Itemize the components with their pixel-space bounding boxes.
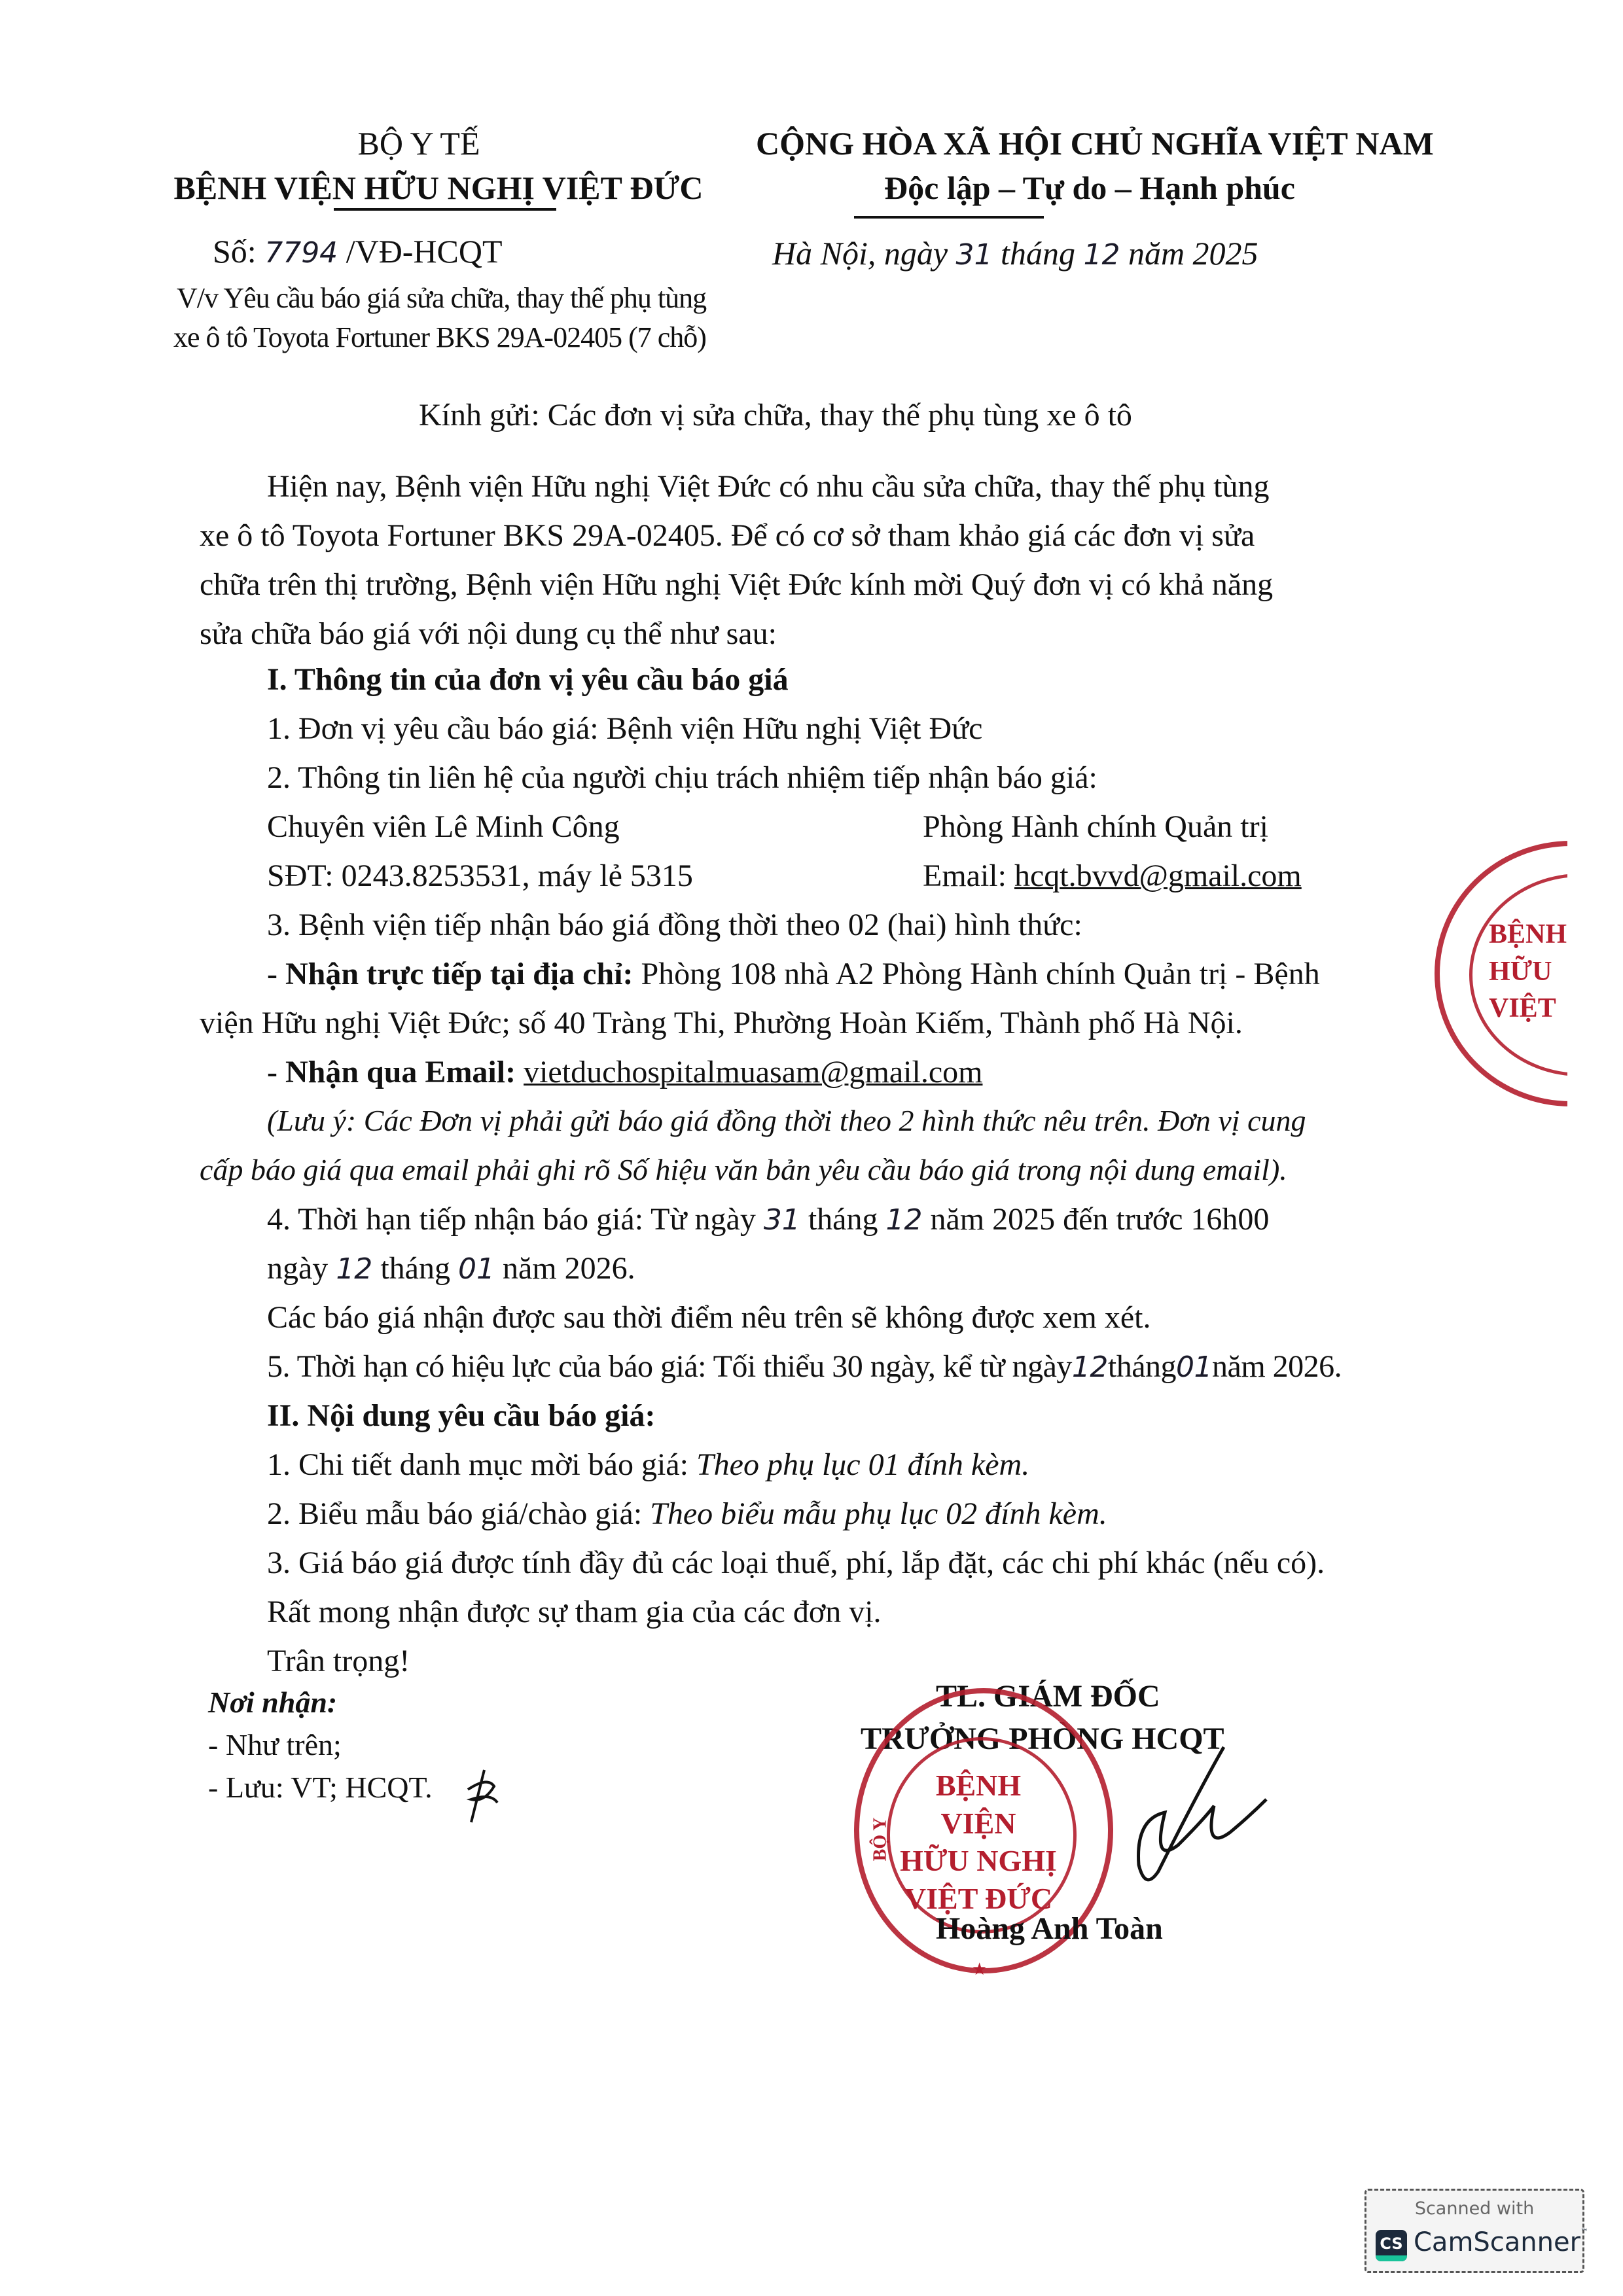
- stamp-line-2: HỮU NGHỊ: [897, 1842, 1060, 1880]
- section2-item2-value: Theo biểu mẫu phụ lục 02 đính kèm.: [650, 1496, 1107, 1531]
- direct-submission-label: - Nhận trực tiếp tại địa chỉ:: [267, 957, 633, 991]
- stamp-star-icon: ★: [972, 1960, 987, 1979]
- date-year: năm 2025: [1128, 235, 1258, 272]
- section1-item4-line1: 4. Thời hạn tiếp nhận báo giá: Từ ngày 3…: [267, 1201, 1269, 1239]
- document-page: BỘ Y TẾ BỆNH VIỆN HỮU NGHỊ VIỆT ĐỨC Số: …: [0, 0, 1623, 2296]
- official-stamp-text: BỆNH VIỆN HỮU NGHỊ VIỆT ĐỨC: [897, 1767, 1060, 1917]
- item4-line2-c: năm 2026.: [503, 1251, 635, 1286]
- item5-text-c: năm 2026.: [1212, 1349, 1342, 1384]
- direct-address-1: Phòng 108 nhà A2 Phòng Hành chính Quản t…: [641, 957, 1319, 991]
- subject-line-1: V/v Yêu cầu báo giá sửa chữa, thay thế p…: [177, 281, 706, 315]
- item5-day-handwritten: 12: [1072, 1351, 1108, 1384]
- contact-department: Phòng Hành chính Quản trị: [923, 808, 1268, 846]
- closing-line-2: Trân trọng!: [267, 1642, 410, 1680]
- trademark-symbol: ™: [1580, 2227, 1588, 2236]
- stamp-side-text: BỘ Y: [870, 1818, 891, 1862]
- ministry-name: BỘ Y TẾ: [190, 124, 648, 162]
- recipients-item-2: - Lưu: VT; HCQT.: [208, 1770, 433, 1805]
- country-name: CỘNG HÒA XÃ HỘI CHỦ NGHĨA VIỆT NAM: [756, 124, 1423, 162]
- watermark-top-text: Scanned with: [1366, 2199, 1582, 2219]
- watermark-brand-text: CamScanner: [1414, 2227, 1580, 2257]
- date-month-handwritten: 12: [1083, 238, 1120, 272]
- intro-line-2: xe ô tô Toyota Fortuner BKS 29A-02405. Đ…: [200, 517, 1255, 555]
- section2-item3: 3. Giá báo giá được tính đầy đủ các loại…: [267, 1544, 1325, 1582]
- section1-item4-line2: ngày 12 tháng 01 năm 2026.: [267, 1250, 635, 1288]
- recipient-line: Kính gửi: Các đơn vị sửa chữa, thay thế …: [419, 397, 1132, 434]
- item5-text-a: 5. Thời hạn có hiệu lực của báo giá: Tối…: [267, 1349, 1072, 1384]
- item4-text-a: 4. Thời hạn tiếp nhận báo giá: Từ ngày: [267, 1202, 756, 1237]
- doc-number: Số: 7794 /VĐ-HCQT: [213, 232, 503, 270]
- item4-text-b: tháng: [808, 1202, 878, 1237]
- page-edge-mask: [1567, 818, 1623, 1125]
- item4-month-handwritten: 12: [885, 1203, 922, 1237]
- email-submission-line: - Nhận qua Email: vietduchospitalmuasam@…: [267, 1053, 982, 1091]
- watermark-brand: CamScanner™: [1414, 2227, 1588, 2257]
- contact-email-link[interactable]: hcqt.bvvd@gmail.com: [1014, 858, 1302, 893]
- item4-line2-b: tháng: [380, 1251, 450, 1286]
- motto: Độc lập – Tự do – Hạnh phúc: [756, 169, 1423, 207]
- header-right-rule: [854, 216, 1044, 219]
- contact-email-label: Email:: [923, 858, 1007, 893]
- note-line-1: (Lưu ý: Các Đơn vị phải gửi báo giá đồng…: [267, 1103, 1306, 1139]
- closing-line-1: Rất mong nhận được sự tham gia của các đ…: [267, 1593, 882, 1631]
- section1-item5: 5. Thời hạn có hiệu lực của báo giá: Tối…: [267, 1348, 1342, 1386]
- header-left-rule: [334, 208, 556, 211]
- item4-text-c: năm 2025 đến trước 16h00: [930, 1202, 1269, 1237]
- section2-item2: 2. Biểu mẫu báo giá/chào giá: Theo biểu …: [267, 1495, 1107, 1533]
- doc-number-prefix: Số:: [213, 233, 257, 270]
- date-line: Hà Nội, ngày 31 tháng 12 năm 2025: [772, 234, 1258, 272]
- direct-submission-line1: - Nhận trực tiếp tại địa chỉ: Phòng 108 …: [267, 955, 1320, 993]
- doc-number-suffix: /VĐ-HCQT: [346, 233, 503, 270]
- intro-line-4: sửa chữa báo giá với nội dung cụ thể như…: [200, 615, 777, 653]
- email-submission-label: - Nhận qua Email:: [267, 1055, 516, 1089]
- contact-phone: SĐT: 0243.8253531, máy lẻ 5315: [267, 857, 693, 895]
- date-prefix: Hà Nội, ngày: [772, 235, 948, 272]
- date-month-label: tháng: [1001, 235, 1075, 272]
- section1-item2: 2. Thông tin liên hệ của người chịu trác…: [267, 759, 1097, 797]
- intro-line-3: chữa trên thị trường, Bệnh viện Hữu nghị…: [200, 566, 1273, 604]
- doc-number-handwritten: 7794: [264, 236, 338, 270]
- section2-item1-label: 1. Chi tiết danh mục mời báo giá:: [267, 1447, 688, 1482]
- item5-text-b: tháng: [1108, 1349, 1176, 1384]
- late-note: Các báo giá nhận được sau thời điểm nêu …: [267, 1299, 1151, 1337]
- item4-line2-month-handwritten: 01: [458, 1252, 495, 1286]
- section2-item2-label: 2. Biểu mẫu báo giá/chào giá:: [267, 1496, 642, 1531]
- item4-line2-a: ngày: [267, 1251, 328, 1286]
- submission-email-link[interactable]: vietduchospitalmuasam@gmail.com: [524, 1055, 982, 1089]
- stamp-line-1: BỆNH VIỆN: [897, 1767, 1060, 1842]
- direct-address-2: viện Hữu nghị Việt Đức; số 40 Tràng Thi,…: [200, 1004, 1243, 1042]
- item5-month-handwritten: 01: [1176, 1351, 1212, 1384]
- contact-email-line: Email: hcqt.bvvd@gmail.com: [923, 857, 1302, 895]
- section2-item1-value: Theo phụ lục 01 đính kèm.: [696, 1447, 1029, 1482]
- section1-item1: 1. Đơn vị yêu cầu báo giá: Bệnh viện Hữu…: [267, 710, 982, 748]
- hospital-name: BỆNH VIỆN HỮU NGHỊ VIỆT ĐỨC: [157, 169, 720, 207]
- item4-line2-day-handwritten: 12: [336, 1252, 372, 1286]
- section2-item1: 1. Chi tiết danh mục mời báo giá: Theo p…: [267, 1446, 1029, 1484]
- camscanner-watermark: Scanned with CS CamScanner™: [1364, 2189, 1584, 2273]
- signature-scribble-icon: [1073, 1740, 1270, 1898]
- camscanner-logo-icon: CS: [1376, 2230, 1407, 2261]
- section1-item3: 3. Bệnh viện tiếp nhận báo giá đồng thời…: [267, 906, 1082, 944]
- section1-title: I. Thông tin của đơn vị yêu cầu báo giá: [267, 661, 789, 699]
- section2-title: II. Nội dung yêu cầu báo giá:: [267, 1397, 655, 1435]
- camscanner-logo-text: CS: [1380, 2234, 1402, 2253]
- signer-name: Hoàng Anh Toàn: [936, 1911, 1163, 1947]
- contact-name: Chuyên viên Lê Minh Công: [267, 808, 620, 846]
- item4-day-handwritten: 31: [764, 1203, 800, 1237]
- note-line-2: cấp báo giá qua email phải ghi rõ Số hiệ…: [200, 1152, 1287, 1188]
- date-day-handwritten: 31: [956, 238, 993, 272]
- recipients-item-1: - Như trên;: [208, 1727, 342, 1762]
- subject-line-2: xe ô tô Toyota Fortuner BKS 29A-02405 (7…: [173, 321, 706, 354]
- initials-scribble-icon: [458, 1757, 504, 1829]
- intro-line-1: Hiện nay, Bệnh viện Hữu nghị Việt Đức có…: [267, 468, 1270, 506]
- recipients-title: Nơi nhận:: [208, 1685, 337, 1720]
